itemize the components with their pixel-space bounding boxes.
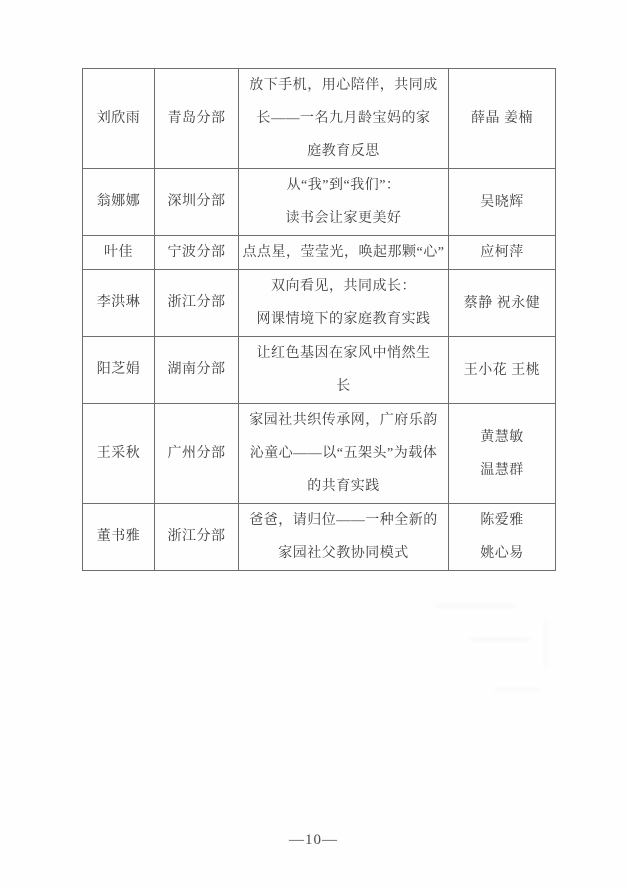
- branch-cell: 宁波分部: [155, 236, 239, 270]
- table-row: 翁娜娜 深圳分部 从“我”到“我们”： 读书会让家更美好 吴晓辉: [83, 169, 556, 236]
- page-number: —10—: [0, 832, 627, 849]
- author-name-cell: 阳芝娟: [83, 337, 155, 404]
- title-cell: 爸爸，请归位——一种全新的 家园社父教协同模式: [239, 504, 449, 571]
- advisors-cell: 陈爱雅 姚心易: [449, 504, 556, 571]
- title-cell: 从“我”到“我们”： 读书会让家更美好: [239, 169, 449, 236]
- table-row: 刘欣雨 青岛分部 放下手机，用心陪伴，共同成 长——一名九月龄宝妈的家 庭教育反…: [83, 69, 556, 169]
- table-row: 叶佳 宁波分部 点点星，莹莹光，唤起那颗“心” 应柯萍: [83, 236, 556, 270]
- table-row: 阳芝娟 湖南分部 让红色基因在家风中悄然生 长 王小花 王桃: [83, 337, 556, 404]
- table-row: 王采秋 广州分部 家园社共织传承网，广府乐韵 沁童心——以“五架头”为载体 的共…: [83, 404, 556, 504]
- title-cell: 双向看见，共同成长： 网课情境下的家庭教育实践: [239, 270, 449, 337]
- branch-cell: 浙江分部: [155, 504, 239, 571]
- awards-table: 刘欣雨 青岛分部 放下手机，用心陪伴，共同成 长——一名九月龄宝妈的家 庭教育反…: [82, 68, 556, 571]
- scan-artifact: [545, 618, 546, 670]
- advisors-cell: 黄慧敏 温慧群: [449, 404, 556, 504]
- author-name-cell: 董书雅: [83, 504, 155, 571]
- title-cell: 让红色基因在家风中悄然生 长: [239, 337, 449, 404]
- advisors-cell: 吴晓辉: [449, 169, 556, 236]
- awards-table-body: 刘欣雨 青岛分部 放下手机，用心陪伴，共同成 长——一名九月龄宝妈的家 庭教育反…: [83, 69, 556, 571]
- advisors-cell: 应柯萍: [449, 236, 556, 270]
- author-name-cell: 李洪琳: [83, 270, 155, 337]
- branch-cell: 深圳分部: [155, 169, 239, 236]
- scan-artifact: [495, 688, 540, 691]
- advisors-cell: 王小花 王桃: [449, 337, 556, 404]
- scanned-document-page: 刘欣雨 青岛分部 放下手机，用心陪伴，共同成 长——一名九月龄宝妈的家 庭教育反…: [0, 0, 627, 890]
- author-name-cell: 叶佳: [83, 236, 155, 270]
- author-name-cell: 王采秋: [83, 404, 155, 504]
- title-cell: 放下手机，用心陪伴，共同成 长——一名九月龄宝妈的家 庭教育反思: [239, 69, 449, 169]
- advisors-cell: 蔡静 祝永健: [449, 270, 556, 337]
- title-cell: 家园社共织传承网，广府乐韵 沁童心——以“五架头”为载体 的共育实践: [239, 404, 449, 504]
- title-cell: 点点星，莹莹光，唤起那颗“心”: [239, 236, 449, 270]
- table-row: 李洪琳 浙江分部 双向看见，共同成长： 网课情境下的家庭教育实践 蔡静 祝永健: [83, 270, 556, 337]
- table-row: 董书雅 浙江分部 爸爸，请归位——一种全新的 家园社父教协同模式 陈爱雅 姚心易: [83, 504, 556, 571]
- scan-artifact: [435, 604, 515, 608]
- author-name-cell: 刘欣雨: [83, 69, 155, 169]
- branch-cell: 浙江分部: [155, 270, 239, 337]
- branch-cell: 广州分部: [155, 404, 239, 504]
- branch-cell: 青岛分部: [155, 69, 239, 169]
- scan-artifact: [470, 638, 530, 641]
- author-name-cell: 翁娜娜: [83, 169, 155, 236]
- branch-cell: 湖南分部: [155, 337, 239, 404]
- advisors-cell: 薛晶 姜楠: [449, 69, 556, 169]
